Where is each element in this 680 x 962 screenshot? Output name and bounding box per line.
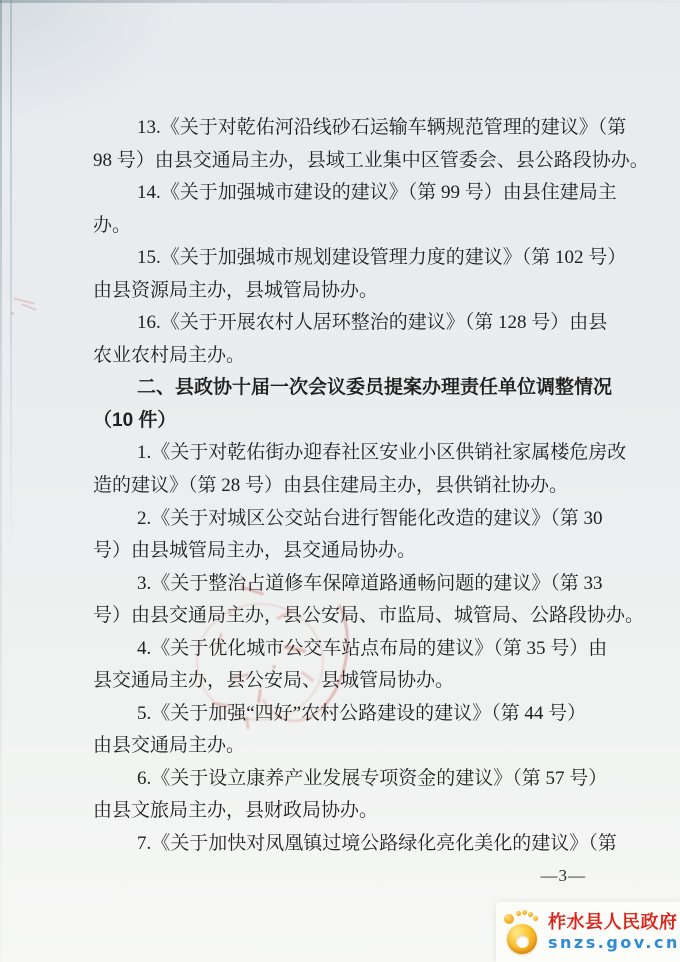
paragraph: 5.《关于加强“四好”农村公路建设的建议》（第 44 号）由县交通局主办。 xyxy=(93,698,620,763)
document-line: 由县文旅局主办，县财政局协办。 xyxy=(93,795,620,828)
document-line: 16.《关于开展农村人居环整治的建议》（第 128 号）由县 xyxy=(93,307,620,340)
document-line: 2.《关于对城区公交站台进行智能化改造的建议》（第 30 xyxy=(93,503,620,536)
document-line: 15.《关于加强城市规划建设管理力度的建议》（第 102 号） xyxy=(93,242,620,275)
document-line: 办。 xyxy=(93,210,620,243)
document-line: 13.《关于对乾佑河沿线砂石运输车辆规范管理的建议》（第 xyxy=(93,112,620,145)
page-number: —3— xyxy=(0,866,586,886)
document-line: （10 件） xyxy=(93,405,620,438)
scan-fold-line xyxy=(10,0,12,560)
document-line: 1.《关于对乾佑街办迎春社区安业小区供销社家属楼危房改 xyxy=(93,437,620,470)
paragraph: 4.《关于优化城市公交车站点布局的建议》（第 35 号）由县交通局主办，县公安局… xyxy=(93,633,620,698)
document-line: 98 号）由县交通局主办，县域工业集中区管委会、县公路段协办。 xyxy=(93,145,620,178)
document-line: 号）由县城管局主办，县交通局协办。 xyxy=(93,535,620,568)
paw-icon xyxy=(504,911,544,957)
document-line: 由县资源局主办，县城管局协办。 xyxy=(93,275,620,308)
paragraph: 二、县政协十届一次会议委员提案办理责任单位调整情况（10 件） xyxy=(93,372,620,437)
org-name: 柞水县人民政府 xyxy=(548,912,680,932)
paragraph: 13.《关于对乾佑河沿线砂石运输车辆规范管理的建议》（第98 号）由县交通局主办… xyxy=(93,112,620,177)
document-line: 县交通局主办，县公安局、县城管局协办。 xyxy=(93,665,620,698)
paragraph: 6.《关于设立康养产业发展专项资金的建议》（第 57 号）由县文旅局主办，县财政… xyxy=(93,763,620,828)
document-line: 4.《关于优化城市公交车站点布局的建议》（第 35 号）由 xyxy=(93,633,620,666)
paragraph: 1.《关于对乾佑街办迎春社区安业小区供销社家属楼危房改造的建议》（第 28 号）… xyxy=(93,437,620,502)
scanned-document-page: 13.《关于对乾佑河沿线砂石运输车辆规范管理的建议》（第98 号）由县交通局主办… xyxy=(0,0,680,962)
paragraph: 3.《关于整治占道修车保障道路通畅问题的建议》（第 33号）由县交通局主办，县公… xyxy=(93,568,620,633)
document-line: 造的建议》（第 28 号）由县住建局主办，县供销社协办。 xyxy=(93,470,620,503)
document-line: 二、县政协十届一次会议委员提案办理责任单位调整情况 xyxy=(93,372,620,405)
document-body: 13.《关于对乾佑河沿线砂石运输车辆规范管理的建议》（第98 号）由县交通局主办… xyxy=(93,112,620,861)
document-line: 6.《关于设立康养产业发展专项资金的建议》（第 57 号） xyxy=(93,763,620,796)
paragraph: 7.《关于加快对凤凰镇过境公路绿化亮化美化的建议》（第 xyxy=(93,828,620,861)
scan-left-edge xyxy=(0,0,2,962)
document-line: 14.《关于加强城市建设的建议》（第 99 号）由县住建局主 xyxy=(93,177,620,210)
site-url: snzs.gov.cn xyxy=(548,933,680,952)
paragraph: 2.《关于对城区公交站台进行智能化改造的建议》（第 30号）由县城管局主办，县交… xyxy=(93,503,620,568)
document-line: 3.《关于整治占道修车保障道路通畅问题的建议》（第 33 xyxy=(93,568,620,601)
document-line: 7.《关于加快对凤凰镇过境公路绿化亮化美化的建议》（第 xyxy=(93,828,620,861)
red-scribble-artifact xyxy=(11,296,47,318)
paragraph: 15.《关于加强城市规划建设管理力度的建议》（第 102 号）由县资源局主办，县… xyxy=(93,242,620,307)
document-line: 农业农村局主办。 xyxy=(93,340,620,373)
footer-text: 柞水县人民政府 snzs.gov.cn xyxy=(548,912,680,952)
footer-logo: 柞水县人民政府 snzs.gov.cn xyxy=(496,902,680,962)
paragraph: 16.《关于开展农村人居环整治的建议》（第 128 号）由县农业农村局主办。 xyxy=(93,307,620,372)
scan-top-edge xyxy=(0,0,680,3)
document-line: 号）由县交通局主办，县公安局、市监局、城管局、公路段协办。 xyxy=(93,600,620,633)
document-line: 由县交通局主办。 xyxy=(93,730,620,763)
document-line: 5.《关于加强“四好”农村公路建设的建议》（第 44 号） xyxy=(93,698,620,731)
paragraph: 14.《关于加强城市建设的建议》（第 99 号）由县住建局主办。 xyxy=(93,177,620,242)
